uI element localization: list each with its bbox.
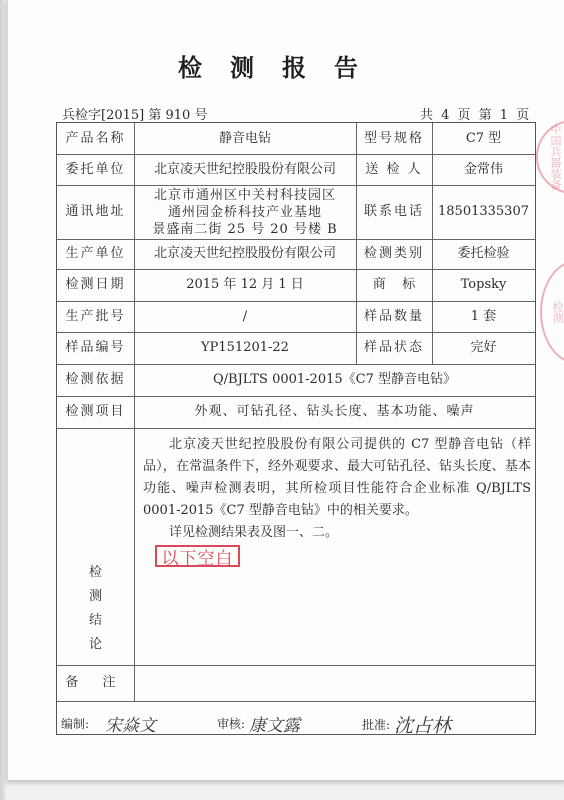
- reviewed-by: 审核: 康文露: [217, 711, 300, 736]
- label-sample-state: 样品状态: [356, 332, 432, 364]
- label-char: 检: [57, 561, 134, 585]
- prepared-label: 编制:: [61, 715, 89, 732]
- label-phone: 联系电话: [356, 185, 432, 239]
- label-sample-qty: 样品数量: [356, 301, 432, 332]
- conclusion-paragraph: 北京凌天世纪控股股份有限公司提供的 C7 型静音电钻（样品），在常温条件下，经外…: [143, 434, 531, 522]
- conclusion-detail-note: 详见检测结果表及图一、二。: [143, 522, 531, 544]
- value-test-basis: Q/BJLTS 0001-2015《C7 型静音电钻》: [134, 364, 535, 396]
- value-model: C7 型: [432, 123, 535, 154]
- reviewed-label: 审核:: [217, 715, 245, 732]
- value-trademark: Topsky: [432, 269, 535, 301]
- signature-row: 编制: 宋焱文 审核: 康文露 批准: 沈占林: [57, 703, 535, 736]
- page-title: 检测报告: [0, 48, 564, 83]
- reviewed-signature: 康文露: [249, 711, 300, 736]
- address-line-3: 景盛南二街 25 号 20 号楼 B: [152, 221, 337, 238]
- label-batch-no: 生产批号: [57, 301, 134, 332]
- value-submitter: 金常伟: [432, 154, 535, 185]
- value-test-date: 2015 年 12 月 1 日: [134, 269, 356, 301]
- value-phone: 18501335307: [432, 185, 535, 239]
- value-client: 北京凌天世纪控股股份有限公司: [134, 154, 356, 185]
- address-line-2: 通州园金桥科技产业基地: [168, 204, 322, 221]
- value-test-type: 委托检验: [432, 239, 535, 269]
- row-divider: [57, 701, 535, 702]
- prepared-by: 编制: 宋焱文: [61, 711, 156, 736]
- value-manufacturer: 北京凌天世纪控股股份有限公司: [134, 239, 356, 269]
- label-manufacturer: 生产单位: [57, 239, 134, 269]
- value-sample-no: YP151201-22: [134, 332, 356, 364]
- address-line-1: 北京市通州区中关村科技园区: [154, 187, 336, 204]
- report-table: 产品名称 静音电钻 型号规格 C7 型 委托单位 北京凌天世纪控股股份有限公司 …: [56, 122, 536, 735]
- label-test-type: 检测类别: [356, 239, 432, 269]
- blank-below-stamp: 以下空白: [155, 545, 240, 567]
- label-char: 结: [57, 609, 134, 633]
- label-address: 通讯地址: [57, 185, 134, 239]
- label-conclusion: 检 测 结 论: [57, 561, 134, 657]
- seal-text: 中国兵器装备: [547, 124, 563, 190]
- value-batch-no: /: [134, 301, 356, 332]
- row-divider: [57, 428, 535, 429]
- label-sample-no: 样品编号: [57, 332, 134, 364]
- label-submitter: 送 检 人: [356, 154, 432, 185]
- label-test-date: 检测日期: [57, 269, 134, 301]
- value-remarks: [134, 665, 535, 701]
- label-client: 委托单位: [57, 154, 134, 185]
- page-info: 共 4 页 第 1 页: [420, 104, 529, 123]
- label-product-name: 产品名称: [57, 123, 134, 154]
- label-remarks: 备 注: [57, 665, 134, 701]
- prepared-signature: 宋焱文: [105, 711, 156, 736]
- value-sample-qty: 1 套: [432, 301, 535, 332]
- seal-text: 检测: [549, 301, 564, 323]
- value-product-name: 静音电钻: [134, 123, 356, 154]
- label-trademark: 商 标: [356, 269, 432, 301]
- value-test-items: 外观、可钻孔径、钻头长度、基本功能、噪声: [134, 396, 535, 428]
- label-test-basis: 检测依据: [57, 364, 134, 396]
- approved-label: 批准:: [362, 716, 390, 733]
- value-address: 北京市通州区中关村科技园区 通州园金桥科技产业基地 景盛南二街 25 号 20 …: [134, 185, 356, 239]
- label-test-items: 检测项目: [57, 396, 134, 428]
- label-model: 型号规格: [356, 123, 432, 154]
- document-number: 兵检字[2015] 第 910 号: [62, 104, 207, 123]
- value-sample-state: 完好: [432, 332, 535, 364]
- approved-by: 批准: 沈占林: [362, 711, 451, 738]
- label-char: 测: [57, 585, 134, 609]
- conclusion-text: 北京凌天世纪控股股份有限公司提供的 C7 型静音电钻（样品），在常温条件下，经外…: [143, 434, 531, 544]
- label-char: 论: [57, 633, 134, 657]
- approved-signature: 沈占林: [394, 711, 451, 738]
